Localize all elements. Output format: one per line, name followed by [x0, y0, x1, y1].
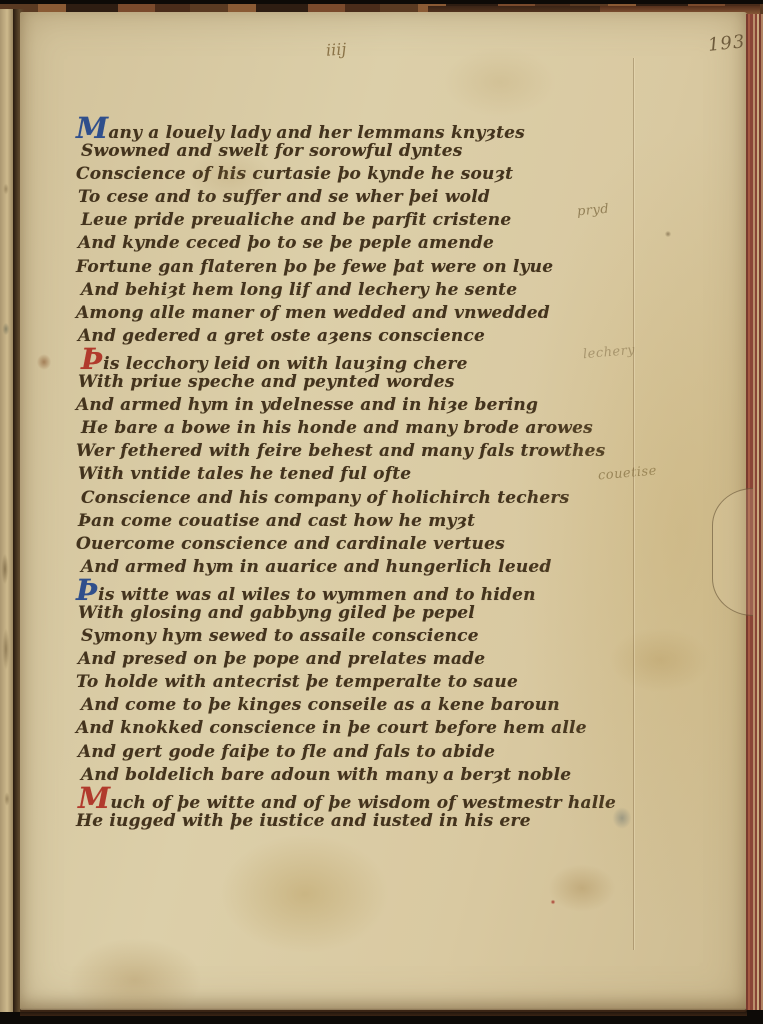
text-line: With priue speche and peynted wordes — [78, 371, 641, 394]
text-line: And presed on þe pope and prelates made — [78, 648, 641, 671]
text-line: And armed hym in ydelnesse and in hiȝe b… — [76, 394, 641, 417]
text-line: Ouercome conscience and cardinale vertue… — [76, 533, 641, 556]
text-line: Many a louely lady and her lemmans knyȝt… — [76, 117, 641, 140]
manuscript-scan: iiij 193 Many a louely lady and her lemm… — [0, 0, 763, 1024]
text-line: And boldelich bare adoun with many a ber… — [81, 764, 641, 787]
text-line: Fortune gan flateren þo þe fewe þat were… — [76, 256, 641, 279]
text-line: And gedered a gret oste aȝens conscience — [78, 325, 641, 348]
text-line: Conscience of his curtasie þo kynde he s… — [76, 163, 641, 186]
text-line: Þis witte was al wiles to wymmen and to … — [76, 579, 641, 602]
text-line: Wer fethered with feire behest and many … — [76, 440, 641, 463]
text-line: Swowned and swelt for sorowful dyntes — [81, 140, 641, 163]
page-bottom-shadow — [20, 1008, 747, 1016]
text-line: Þis lecchory leid on with lauȝing chere — [81, 348, 641, 371]
text-line: And gert gode faiþe to fle and fals to a… — [78, 741, 641, 764]
text-line: Conscience and his company of holichirch… — [81, 487, 641, 510]
text-line: He iugged with þe iustice and iusted in … — [76, 810, 641, 833]
text-line: Among alle maner of men wedded and vnwed… — [76, 302, 641, 325]
folio-number: 193 — [707, 31, 746, 56]
marginal-note-pride: pryd — [576, 202, 609, 220]
text-line: Leue pride preualiche and be parfit cris… — [81, 209, 641, 232]
text-line: And kynde ceced þo to se þe peple amende — [78, 232, 641, 255]
fore-edge-tab — [712, 488, 753, 616]
text-line: With vntide tales he tened ful ofte — [78, 463, 641, 486]
text-line: Symony hym sewed to assaile conscience — [81, 625, 641, 648]
text-line: Much of þe witte and of þe wisdom of wes… — [78, 787, 641, 810]
verse-text-block: Many a louely lady and her lemmans knyȝt… — [76, 117, 641, 833]
text-line: And knokked conscience in þe court befor… — [76, 717, 641, 740]
text-line: To cese and to suffer and se wher þei wo… — [78, 186, 641, 209]
quire-mark: iiij — [325, 39, 347, 59]
text-line: He bare a bowe in his honde and many bro… — [81, 417, 641, 440]
text-line: Þan come couatise and cast how he myȝt — [78, 510, 641, 533]
text-line: And behiȝt hem long lif and lechery he s… — [81, 279, 641, 302]
text-line: To holde with antecrist þe temperalte to… — [76, 671, 641, 694]
text-line: And armed hym in auarice and hungerlich … — [81, 556, 641, 579]
previous-page-edge-marks — [0, 9, 13, 1012]
text-line: With glosing and gabbyng giled þe pepel — [78, 602, 641, 625]
parchment-crease — [633, 58, 634, 950]
text-line: And come to þe kinges conseile as a kene… — [81, 694, 641, 717]
